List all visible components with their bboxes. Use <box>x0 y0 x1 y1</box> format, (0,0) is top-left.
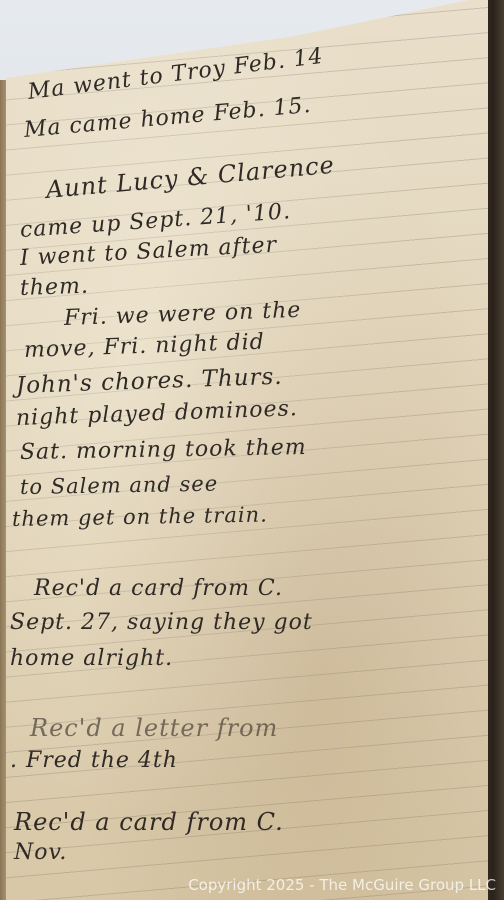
diary-page: Bessie came home Jan. 24Ma went to Troy … <box>6 0 488 900</box>
handwritten-line: Nov. <box>14 840 67 865</box>
handwritten-line: Fri. we were on the <box>64 298 302 331</box>
handwritten-line: to Salem and see <box>20 472 219 499</box>
handwritten-line: them. <box>20 274 90 301</box>
handwritten-line: home alright. <box>10 646 173 671</box>
copyright-watermark: Copyright 2025 - The McGuire Group LLC <box>188 876 496 894</box>
handwritten-line: Sat. morning took them <box>20 435 307 465</box>
handwritten-line: Rec'd a letter from <box>30 714 278 742</box>
handwritten-line: night played dominoes. <box>16 396 299 431</box>
handwritten-line: Sept. 27, saying they got <box>10 610 313 635</box>
handwritten-line: Rec'd a card from C. <box>14 808 284 836</box>
handwritten-line: Aunt Lucy & Clarence <box>45 151 336 204</box>
handwritten-line: Rec'd a card from C. <box>34 576 283 601</box>
handwritten-line: John's chores. Thurs. <box>16 364 284 399</box>
handwritten-line: move, Fri. night did <box>24 330 266 363</box>
handwritten-line: them get on the train. <box>12 503 268 531</box>
handwritten-line: . Fred the 4th <box>10 748 178 773</box>
handwritten-line: Ma came home Feb. 15. <box>23 93 312 143</box>
